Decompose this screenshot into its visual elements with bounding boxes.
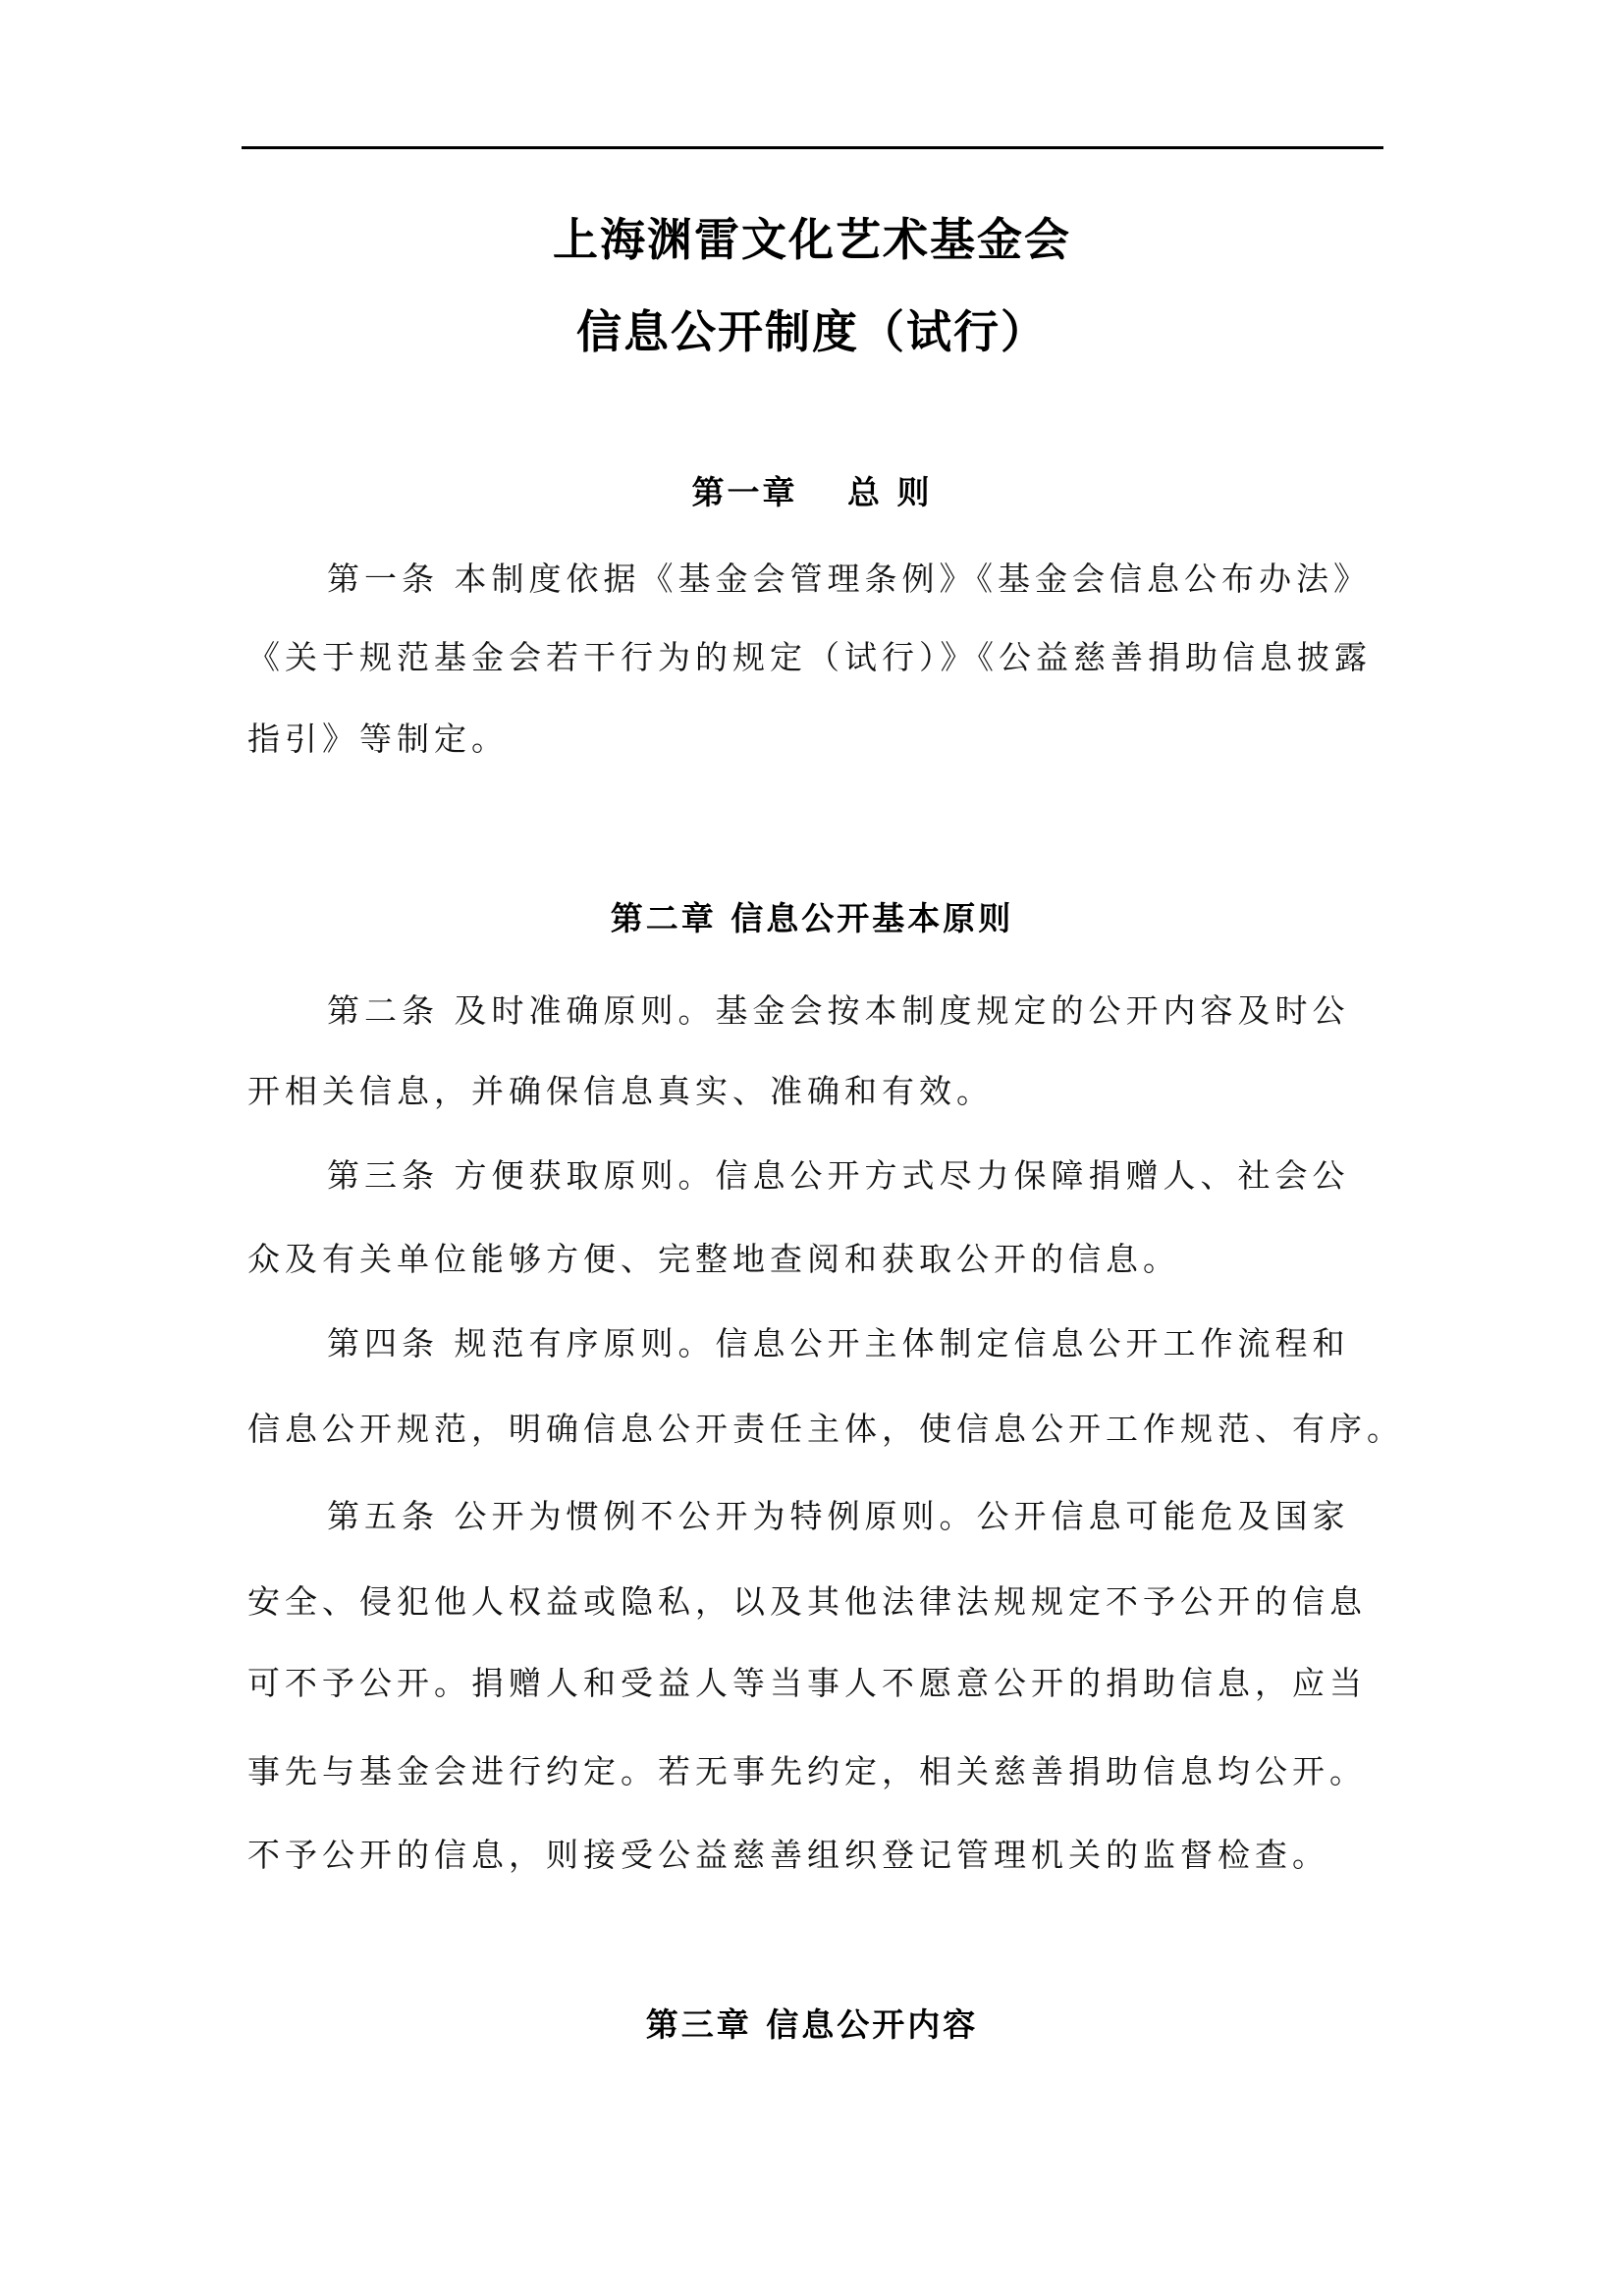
article-2-line-1: 第二条 及时准确原则。基金会按本制度规定的公开内容及时公 <box>327 991 1382 1031</box>
article-1-line-2: 《关于规范基金会若干行为的规定（试行）》《公益慈善捐助信息披露 <box>247 638 1382 677</box>
article-2-line-2: 开相关信息，并确保信息真实、准确和有效。 <box>247 1072 1382 1111</box>
article-4-line-2: 信息公开规范，明确信息公开责任主体，使信息公开工作规范、有序。 <box>247 1410 1382 1449</box>
article-5-line-1: 第五条 公开为惯例不公开为特例原则。公开信息可能危及国家 <box>327 1497 1382 1536</box>
article-5-line-2: 安全、侵犯他人权益或隐私，以及其他法律法规规定不予公开的信息 <box>247 1582 1382 1622</box>
document-title-organization: 上海渊雷文化艺术基金会 <box>0 214 1624 265</box>
article-3-line-2: 众及有关单位能够方便、完整地查阅和获取公开的信息。 <box>247 1240 1382 1279</box>
article-3-line-1: 第三条 方便获取原则。信息公开方式尽力保障捐赠人、社会公 <box>327 1156 1382 1196</box>
document-title-regulation: 信息公开制度（试行） <box>0 306 1624 357</box>
article-5-line-4: 事先与基金会进行约定。若无事先约定，相关慈善捐助信息均公开。 <box>247 1752 1382 1791</box>
chapter-heading-3: 第三章 信息公开内容 <box>0 2005 1624 2045</box>
chapter-heading-1: 第一章 总 则 <box>0 473 1624 512</box>
article-5-line-3: 可不予公开。捐赠人和受益人等当事人不愿意公开的捐助信息，应当 <box>247 1664 1382 1703</box>
article-1-line-1: 第一条 本制度依据《基金会管理条例》《基金会信息公布办法》 <box>327 560 1382 599</box>
document-page: 上海渊雷文化艺术基金会 信息公开制度（试行） 第一章 总 则 第一条 本制度依据… <box>0 0 1624 2296</box>
article-5-line-5: 不予公开的信息，则接受公益慈善组织登记管理机关的监督检查。 <box>247 1836 1382 1875</box>
chapter-heading-2: 第二章 信息公开基本原则 <box>0 899 1624 938</box>
article-1-line-3: 指引》等制定。 <box>247 720 1382 759</box>
article-4-line-1: 第四条 规范有序原则。信息公开主体制定信息公开工作流程和 <box>327 1324 1382 1363</box>
header-rule <box>242 146 1383 149</box>
